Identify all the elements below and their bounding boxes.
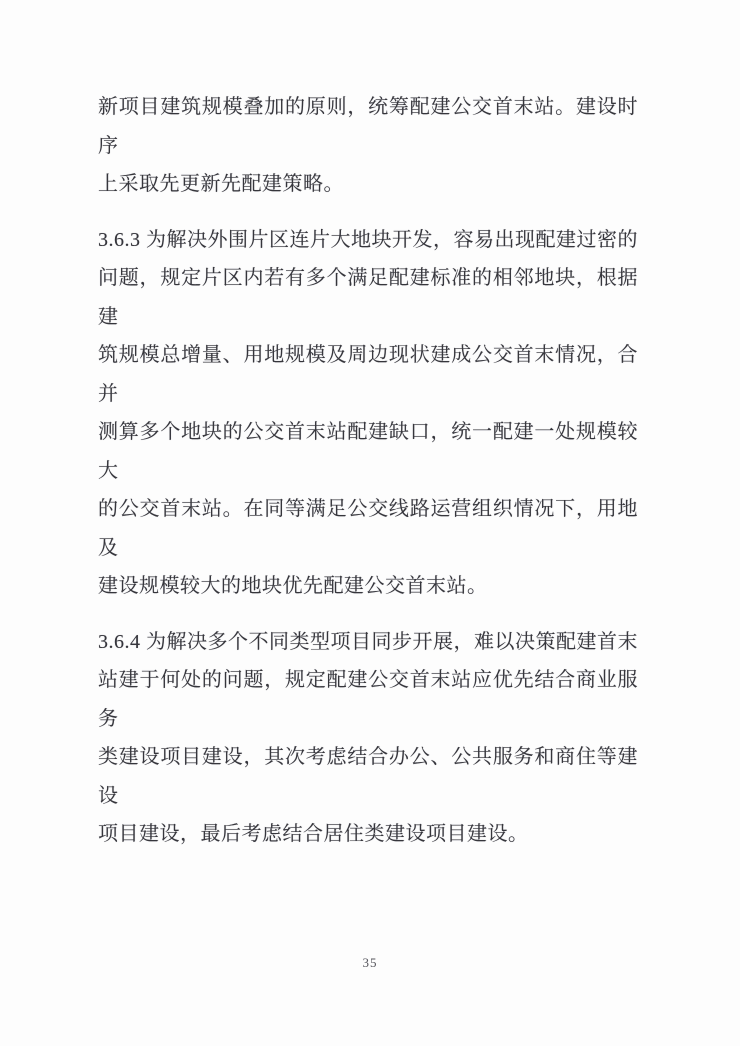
text-line: 新项目建筑规模叠加的原则，统筹配建公交首末站。建设时序 [98,88,638,165]
text-line: 上采取先更新先配建策略。 [98,165,638,204]
text-block: 新项目建筑规模叠加的原则，统筹配建公交首末站。建设时序上采取先更新先配建策略。 … [98,88,638,871]
paragraph-3-6-4: 3.6.4 为解决多个不同类型项目同步开展，难以决策配建首末站建于何处的问题，规… [98,623,638,854]
text-line: 筑规模总增量、用地规模及周边现状建成公交首末情况，合并 [98,336,638,413]
page-number: 35 [0,953,740,973]
text-line: 站建于何处的问题，规定配建公交首末站应优先结合商业服务 [98,661,638,738]
document-page: 新项目建筑规模叠加的原则，统筹配建公交首末站。建设时序上采取先更新先配建策略。 … [0,0,740,1046]
paragraph-3-6-3: 3.6.3 为解决外围片区连片大地块开发，容易出现配建过密的问题，规定片区内若有… [98,221,638,606]
text-line: 的公交首末站。在同等满足公交线路运营组织情况下，用地及 [98,490,638,567]
text-line: 建设规模较大的地块优先配建公交首末站。 [98,567,638,606]
text-line: 3.6.3 为解决外围片区连片大地块开发，容易出现配建过密的 [98,221,638,260]
paragraph-continuation: 新项目建筑规模叠加的原则，统筹配建公交首末站。建设时序上采取先更新先配建策略。 [98,88,638,204]
text-line: 项目建设，最后考虑结合居住类建设项目建设。 [98,815,638,854]
text-line: 测算多个地块的公交首末站配建缺口，统一配建一处规模较大 [98,413,638,490]
text-line: 问题，规定片区内若有多个满足配建标准的相邻地块，根据建 [98,259,638,336]
text-line: 3.6.4 为解决多个不同类型项目同步开展，难以决策配建首末 [98,623,638,662]
text-line: 类建设项目建设，其次考虑结合办公、公共服务和商住等建设 [98,738,638,815]
